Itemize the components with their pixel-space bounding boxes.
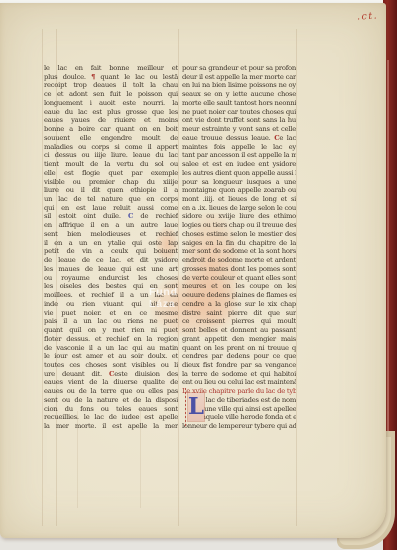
text-line: maladies ou corps si come il appert xyxy=(44,143,178,152)
text-line: cion du fons ou teles eaues sont xyxy=(44,405,178,414)
text-line: ure deuant dit. Ceste diuision des xyxy=(44,370,178,379)
text-line: montaigne quon appelle zoarab ou xyxy=(182,186,296,195)
text-line: de verte couleur et quant elles sont xyxy=(182,274,296,283)
text-line: cendres par dedens pour ce que xyxy=(182,352,296,361)
text-line: quant quil on y met rien ni puet xyxy=(44,326,178,335)
text-line: tient moult de la vertu du sol ou xyxy=(44,160,178,169)
text-line: eaues vient de la diuerse qualite de xyxy=(44,378,178,387)
ruling-line xyxy=(178,29,179,526)
pen-flourish-decoration xyxy=(185,388,186,427)
text-line: ce croissent pierres qui moult xyxy=(182,317,296,326)
text-line: souuent elle engendre moult de xyxy=(44,134,178,143)
text-line: seaux se on y iette aucune chose xyxy=(182,90,296,99)
text-line: le iour est amer et au soir doulx. et xyxy=(44,352,178,361)
text-line: sent ou de la nature et de la disposi xyxy=(44,396,178,405)
text-line: distre saint pierre dit que sur xyxy=(182,309,296,318)
text-line: la mer morte. il est apelle la mer xyxy=(44,422,178,431)
text-line: longuement i auoit este nourri. la xyxy=(44,99,178,108)
text-line: de vasconie il a un lac qui au matin xyxy=(44,344,178,353)
text-line: il en a un en ytalie qui oste lap xyxy=(44,239,178,248)
text-line: sidore ou xviije liure des ethimo xyxy=(182,212,296,221)
text-line: vie puet noier. et en ce mesme xyxy=(44,309,178,318)
manuscript-photo: .ct. le lac en fait bonne meilleur etplu… xyxy=(0,0,397,550)
text-line: bonne a boire car quant on en boit xyxy=(44,125,178,134)
text-line: un lac de tel nature que en corps xyxy=(44,195,178,204)
text-column-left: le lac en fait bonne meilleur etplus dou… xyxy=(44,64,178,431)
ruling-line xyxy=(296,29,297,526)
ruling-line xyxy=(42,29,43,526)
text-line: le lac en fait bonne meilleur et xyxy=(44,64,178,73)
text-line: eaue trouue dessus leaue. Ce lac xyxy=(182,134,296,143)
text-line: pais il a un lac ou riens ne puet xyxy=(44,317,178,326)
text-line: grosses mates dont les pomes sont xyxy=(182,265,296,274)
text-line: les oiseles des bestes qui en sont xyxy=(44,282,178,291)
text-line: meur estrainte y vont sans et celle xyxy=(182,125,296,134)
manuscript-page: .ct. le lac en fait bonne meilleur etplu… xyxy=(0,3,386,538)
text-line: floter dessus. et rechief en la region xyxy=(44,335,178,344)
text-line: en a .ix. lieues de large selon le cou xyxy=(182,204,296,213)
text-line: les maues de leaue qui est une art xyxy=(44,265,178,274)
text-line: deur il est appelle la mer morte car xyxy=(182,73,296,82)
text-line: eaue du lac est plus grosse que les xyxy=(44,108,178,117)
text-line: ci dessus ou iiije liure. leaue du lac xyxy=(44,151,178,160)
text-line: toutes ces choses sont visibles ou li xyxy=(44,361,178,370)
text-line: en lui na bien lisime poissons ne oy xyxy=(182,81,296,90)
text-line: lonneur de lempereur tybere qui adont xyxy=(182,422,296,431)
text-line: recoipt trop deaues il tolt la chau xyxy=(44,81,178,90)
text-line: maintes fois appelle le lac ey xyxy=(182,143,296,152)
text-line: choses estime selon le mestier des xyxy=(182,230,296,239)
text-line: qui en est laue reluit aussi come xyxy=(44,204,178,213)
text-line: de leaue de ce lac. et dit ysidore xyxy=(44,256,178,265)
text-line: salee et est en iudee ent ysidore xyxy=(182,160,296,169)
text-line: grant appetit den mengier mais xyxy=(182,335,296,344)
text-line: meures et on les coupe on les xyxy=(182,282,296,291)
text-line: ou royaume endurcist les choses xyxy=(44,274,178,283)
text-line: elle est flogie quet par exemple xyxy=(44,169,178,178)
text-line: ent ou lieu ou celui lac est maintenāt xyxy=(182,378,296,387)
text-line: cendre a la glose sur le xix chap xyxy=(182,300,296,309)
text-line: sont belles et donnent au passant xyxy=(182,326,296,335)
text-line: endroit de sodome morte et ardent xyxy=(182,256,296,265)
text-line: les autres dient quon appelle aussi le xyxy=(182,169,296,178)
text-line: tant par ancesson il est appelle la mer xyxy=(182,151,296,160)
text-line: sil estoit oint duile. C de rechief xyxy=(44,212,178,221)
text-line: petit de vin a ceulx qui boiuent xyxy=(44,247,178,256)
text-line: sent bien melodieuses et rechief xyxy=(44,230,178,239)
text-line: eaues yaues de riuiere et moins xyxy=(44,116,178,125)
text-line: liure ou il dit quen ethiopie il a xyxy=(44,186,178,195)
text-line: la terre de sodome et qui habitoi xyxy=(182,370,296,379)
text-line: ne puet noier car toutes choses qui xyxy=(182,108,296,117)
text-line: mer sont de sodome et la sont hors xyxy=(182,247,296,256)
text-line: logies ou tiers chap ou il treuue des xyxy=(182,221,296,230)
text-column-right: pour sa grandeur et pour sa profondeur i… xyxy=(182,64,296,431)
initial-letter-L: L xyxy=(188,394,204,420)
text-line: ont vie dont truffet sont sans la hu xyxy=(182,116,296,125)
text-line: visible ou premier chap du xiiije xyxy=(44,178,178,187)
text-line: pour sa longueur iusques a une xyxy=(182,178,296,187)
text-line: quant on les prent on ni treuue q xyxy=(182,344,296,353)
text-line: mont .iiij. et lieues de long et si xyxy=(182,195,296,204)
text-line: recueillies. le lac de iudee est apelle xyxy=(44,413,178,422)
text-line: moillees. et rechief il a un lac en xyxy=(44,291,178,300)
text-line: morte elle sault tantost hors neonni xyxy=(182,99,296,108)
text-line: eaues ou de la terre que ou elles pas xyxy=(44,387,178,396)
text-line: ce et adont sen fuit le poisson qui xyxy=(44,90,178,99)
text-line: dieux fist fondre par sa vengance xyxy=(182,361,296,370)
text-line: pour sa grandeur et pour sa profon xyxy=(182,64,296,73)
text-line: oeuure dedens plaines de flames est xyxy=(182,291,296,300)
illuminated-initial: L xyxy=(188,393,204,421)
text-line: inde ou rien viuant qui ait une xyxy=(44,300,178,309)
text-line: saiges en la fin du chapitre de la xyxy=(182,239,296,248)
text-line: en affrique il en a un autre laue xyxy=(44,221,178,230)
text-line: plus doulce. ¶ quant le lac ou lestā xyxy=(44,73,178,82)
